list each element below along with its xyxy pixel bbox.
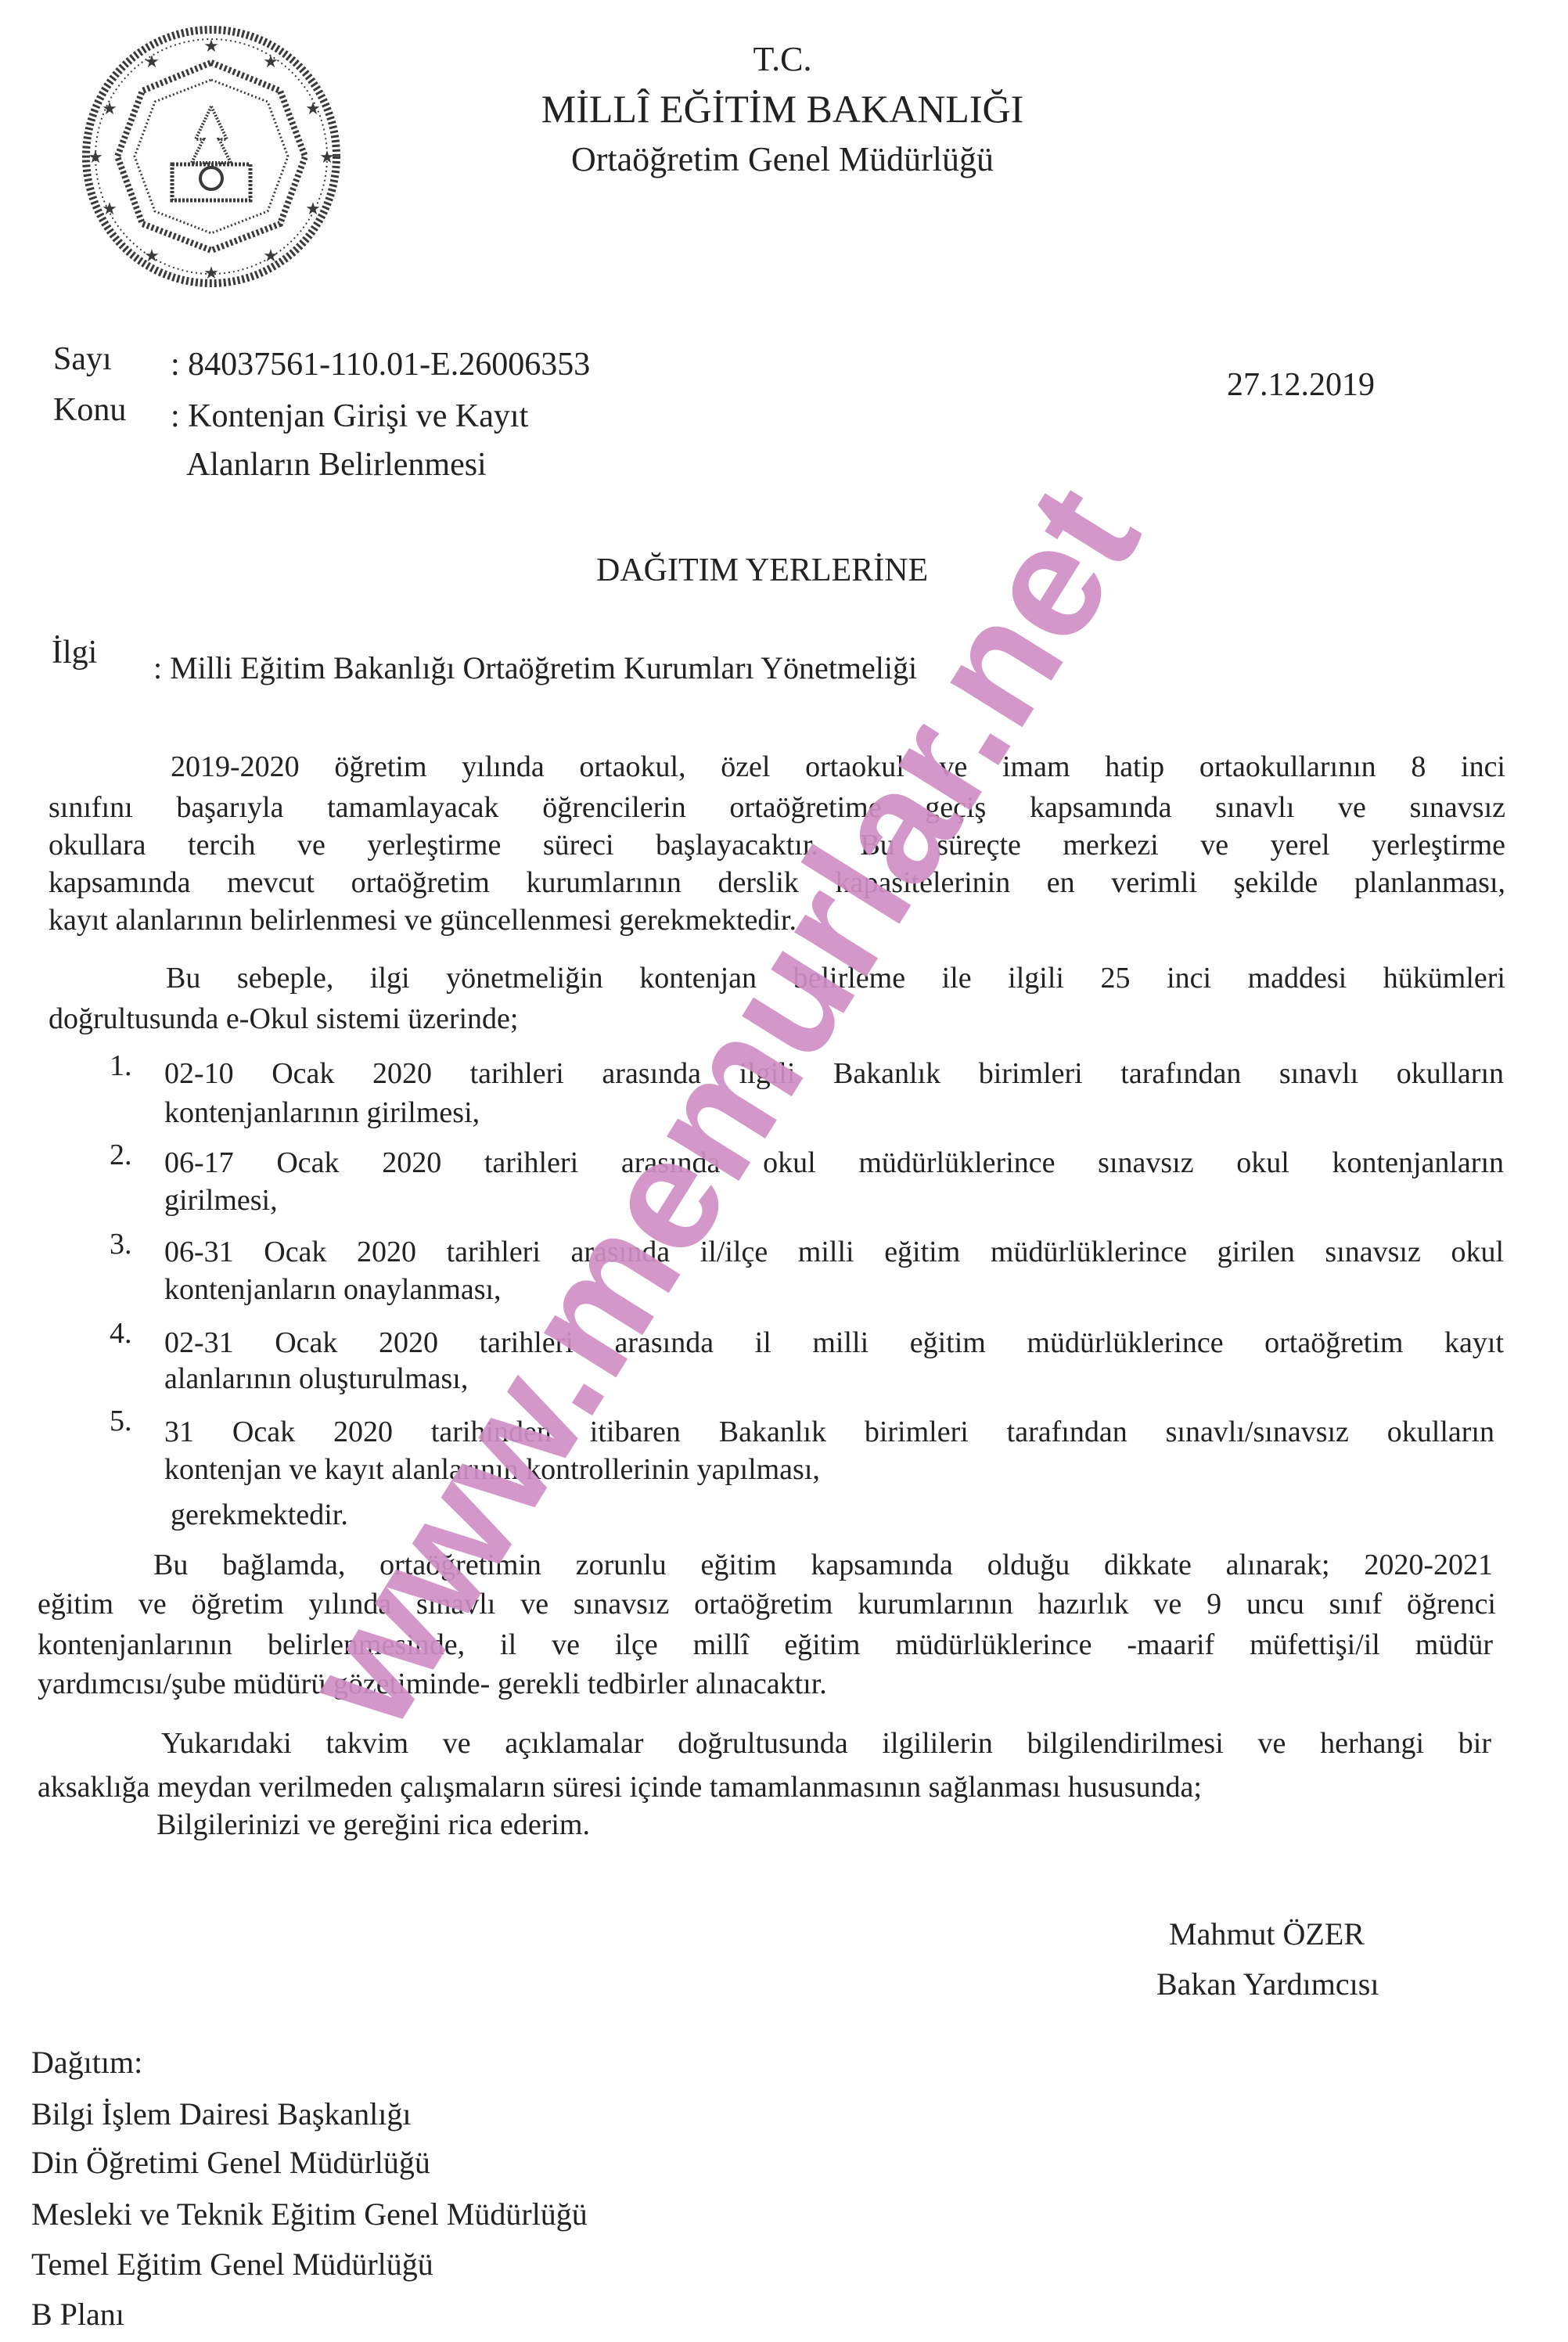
ministry-seal-icon: ★★★ ★★ ★★ ★★ ★★★	[78, 22, 344, 292]
distribution-item: Mesleki ve Teknik Eğitim Genel Müdürlüğü	[31, 2196, 588, 2232]
konu-value-2: Alanların Belirlenmesi	[186, 446, 487, 484]
konu-value-1: : Kontenjan Girişi ve Kayıt	[171, 398, 528, 435]
paragraph-4-line: aksaklığa meydan verilmeden çalışmaların…	[38, 1770, 1202, 1804]
sayi-value: : 84037561-110.01-E.26006353	[171, 346, 590, 383]
signatory-name: Mahmut ÖZER	[1169, 1916, 1365, 1952]
document-date: 27.12.2019	[1227, 366, 1375, 404]
list-item-4-line: alanlarının oluşturulması,	[164, 1362, 468, 1396]
distribution-label: Dağıtım:	[31, 2044, 142, 2081]
paragraph-1-line: 2019-2020 öğretim yılında ortaokul, özel…	[171, 750, 1505, 784]
svg-text:★: ★	[203, 264, 219, 283]
signatory-title: Bakan Yardımcısı	[1156, 1966, 1379, 2002]
paragraph-1-line: okullara tercih ve yerleştirme süreci ba…	[49, 828, 1505, 862]
paragraph-2-line: Bu sebeple, ilgi yönetmeliğin kontenjan …	[166, 961, 1505, 995]
paragraph-3-line: kontenjanlarının belirlenmesinde, il ve …	[38, 1628, 1493, 1662]
list-item-2-line: girilmesi,	[164, 1183, 278, 1218]
paragraph-1-line: kayıt alanlarının belirlenmesi ve güncel…	[49, 903, 797, 937]
svg-text:★: ★	[305, 200, 321, 219]
distribution-item: Temel Eğitim Genel Müdürlüğü	[31, 2246, 433, 2283]
paragraph-3-line: eğitim ve öğretim yılında sınavlı ve sın…	[38, 1587, 1496, 1621]
ilgi-label: İlgi	[52, 634, 97, 671]
list-item-1-line: kontenjanlarının girilmesi,	[164, 1095, 480, 1130]
svg-text:★: ★	[144, 52, 160, 72]
list-item-2-line: 06-17 Ocak 2020 tarihleri arasında okul …	[164, 1146, 1504, 1180]
paragraph-4-line: Yukarıdaki takvim ve açıklamalar doğrult…	[161, 1726, 1491, 1761]
paragraph-1-line: kapsamında mevcut ortaöğretim kurumların…	[49, 865, 1505, 900]
header-directorate: Ortaöğretim Genel Müdürlüğü	[540, 139, 1025, 179]
list-item-5-line: 31 Ocak 2020 tarihinden itibaren Bakanlı…	[164, 1415, 1494, 1449]
list-number: 4.	[110, 1316, 132, 1351]
header-ministry: MİLLÎ EĞİTİM BAKANLIĞI	[540, 86, 1025, 131]
header-tc: T.C.	[540, 39, 1025, 79]
svg-text:★: ★	[88, 148, 103, 167]
list-item-4-line: 02-31 Ocak 2020 tarihleri arasında il mi…	[164, 1326, 1504, 1360]
svg-text:★: ★	[144, 246, 160, 266]
list-number: 5.	[110, 1404, 132, 1438]
paragraph-1-line: sınıfını başarıyla tamamlayacak öğrencil…	[49, 790, 1505, 825]
svg-text:★: ★	[305, 99, 321, 119]
svg-text:★: ★	[263, 246, 279, 266]
list-number: 2.	[110, 1138, 132, 1172]
addressee: DAĞITIM YERLERİNE	[596, 552, 928, 589]
svg-text:★: ★	[203, 37, 219, 56]
list-item-3-line: kontenjanların onaylanması,	[164, 1272, 502, 1307]
konu-label: Konu	[53, 391, 126, 429]
list-item-5-line: kontenjan ve kayıt alanlarının kontrolle…	[164, 1452, 820, 1487]
svg-text:★: ★	[319, 148, 335, 167]
ilgi-value: : Milli Eğitim Bakanlığı Ortaöğretim Kur…	[153, 649, 917, 686]
list-number: 3.	[110, 1227, 132, 1261]
list-number: 1.	[110, 1049, 132, 1083]
svg-text:★: ★	[102, 99, 117, 119]
distribution-item: Din Öğretimi Genel Müdürlüğü	[31, 2144, 430, 2181]
paragraph-2-line: doğrultusunda e-Okul sistemi üzerinde;	[49, 1002, 519, 1036]
distribution-item: B Planı	[31, 2296, 124, 2333]
list-item-1-line: 02-10 Ocak 2020 tarihleri arasında ilgil…	[164, 1056, 1504, 1091]
sayi-label: Sayı	[53, 340, 112, 378]
paragraph-3-line: Bu bağlamda, ortaöğretimin zorunlu eğiti…	[153, 1548, 1493, 1582]
closing-sentence: Bilgilerinizi ve gereğini rica ederim.	[156, 1808, 590, 1842]
list-item-3-line: 06-31 Ocak 2020 tarihleri arasında il/il…	[164, 1235, 1504, 1269]
list-closing: gerekmektedir.	[171, 1498, 348, 1532]
distribution-item: Bilgi İşlem Dairesi Başkanlığı	[31, 2096, 412, 2132]
svg-text:★: ★	[102, 200, 117, 219]
svg-text:★: ★	[263, 52, 279, 72]
paragraph-3-line: yardımcısı/şube müdürü gözetiminde- gere…	[38, 1667, 827, 1701]
